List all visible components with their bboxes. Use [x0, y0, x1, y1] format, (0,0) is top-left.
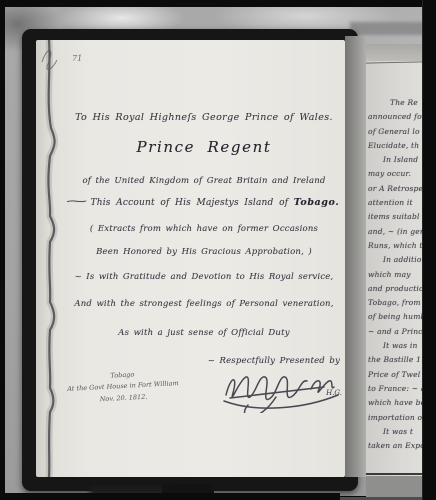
- facing-page-line: attention it: [368, 196, 424, 210]
- salutation-line: To His Royal Highneſs George Prince of W…: [60, 112, 348, 123]
- facing-page-line: Price of Twel: [368, 368, 424, 382]
- facing-page-line: It was in: [368, 339, 424, 353]
- facing-page-line: and productio: [368, 282, 424, 296]
- facing-page-bottom-edge: [366, 473, 424, 475]
- realm-line: of the United Kingdom of Great Britain a…: [60, 176, 348, 186]
- signature-initials: H.G.: [326, 389, 342, 397]
- dateline: Tobago At the Govt House in Fort William…: [59, 367, 187, 408]
- facing-page-line: of General lo: [368, 125, 424, 139]
- photo-border-bottom: [0, 493, 340, 500]
- presented-line: ~ Respectfully Presented by: [60, 356, 348, 366]
- photo-border-left: [0, 0, 5, 500]
- facing-page-line: the Bastille 17: [368, 353, 424, 367]
- facing-page-text: The Re announced fo of General lo Elucid…: [368, 96, 424, 453]
- fore-edge-shadow: [345, 36, 367, 477]
- facing-page-line: It was t: [368, 425, 424, 439]
- facing-page-line: Elucidate, th: [368, 139, 424, 153]
- facing-page-line: In addition: [368, 253, 424, 267]
- facing-page: The Re announced fo of General lo Elucid…: [366, 44, 424, 476]
- facing-page-line: of being humb: [368, 310, 424, 324]
- facing-page-line: and, ~ (in gen: [368, 225, 424, 239]
- facing-page-line: items suitabl: [368, 210, 424, 224]
- devotion-line: ~ Is with Gratitude and Devotion to His …: [60, 272, 348, 282]
- account-text: This Account of His Majestys Island of: [91, 198, 289, 208]
- title-line: Prince Regent: [60, 138, 348, 156]
- duty-line: As with a just sense of Official Duty: [60, 328, 348, 338]
- tobago-emphasis: Tobago.: [294, 197, 339, 208]
- facing-page-line: may occur.: [368, 167, 424, 181]
- facing-page-line: taken an Export: [368, 439, 424, 453]
- facing-page-top-strip: [366, 44, 424, 61]
- facing-page-line: Tobago, from f: [368, 296, 424, 310]
- facing-page-line: or A Retrospe: [368, 182, 424, 196]
- facing-page-top-edge: [366, 61, 424, 63]
- facing-page-line: ~ and a Princip: [368, 325, 424, 339]
- extracts-line-1: ( Extracts from which have on former Occ…: [60, 224, 348, 234]
- facing-page-line: which may: [368, 268, 424, 282]
- facing-page-line: to France: ~ a: [368, 382, 424, 396]
- archival-photo: 71 To His Royal Highneſs George Prince o…: [0, 0, 436, 500]
- account-line: ~This Account of His Majestys Island of …: [60, 197, 348, 208]
- facing-page-line: The Re: [368, 96, 424, 110]
- facing-page-line: importation of: [368, 411, 424, 425]
- veneration-line: And with the strongest feelings of Perso…: [60, 299, 348, 309]
- photo-border-top: [0, 0, 436, 7]
- facing-page-line: Runs, which th: [368, 239, 424, 253]
- extracts-line-2: Been Honored by His Gracious Approbation…: [60, 247, 348, 257]
- facing-page-line: In Island: [368, 153, 424, 167]
- facing-page-line: which have bee: [368, 396, 424, 410]
- facing-page-line: announced fo: [368, 110, 424, 124]
- photo-border-right: [422, 0, 436, 500]
- manuscript-text: To His Royal Highneſs George Prince of W…: [60, 40, 348, 477]
- flourish-mark: ~: [63, 197, 89, 207]
